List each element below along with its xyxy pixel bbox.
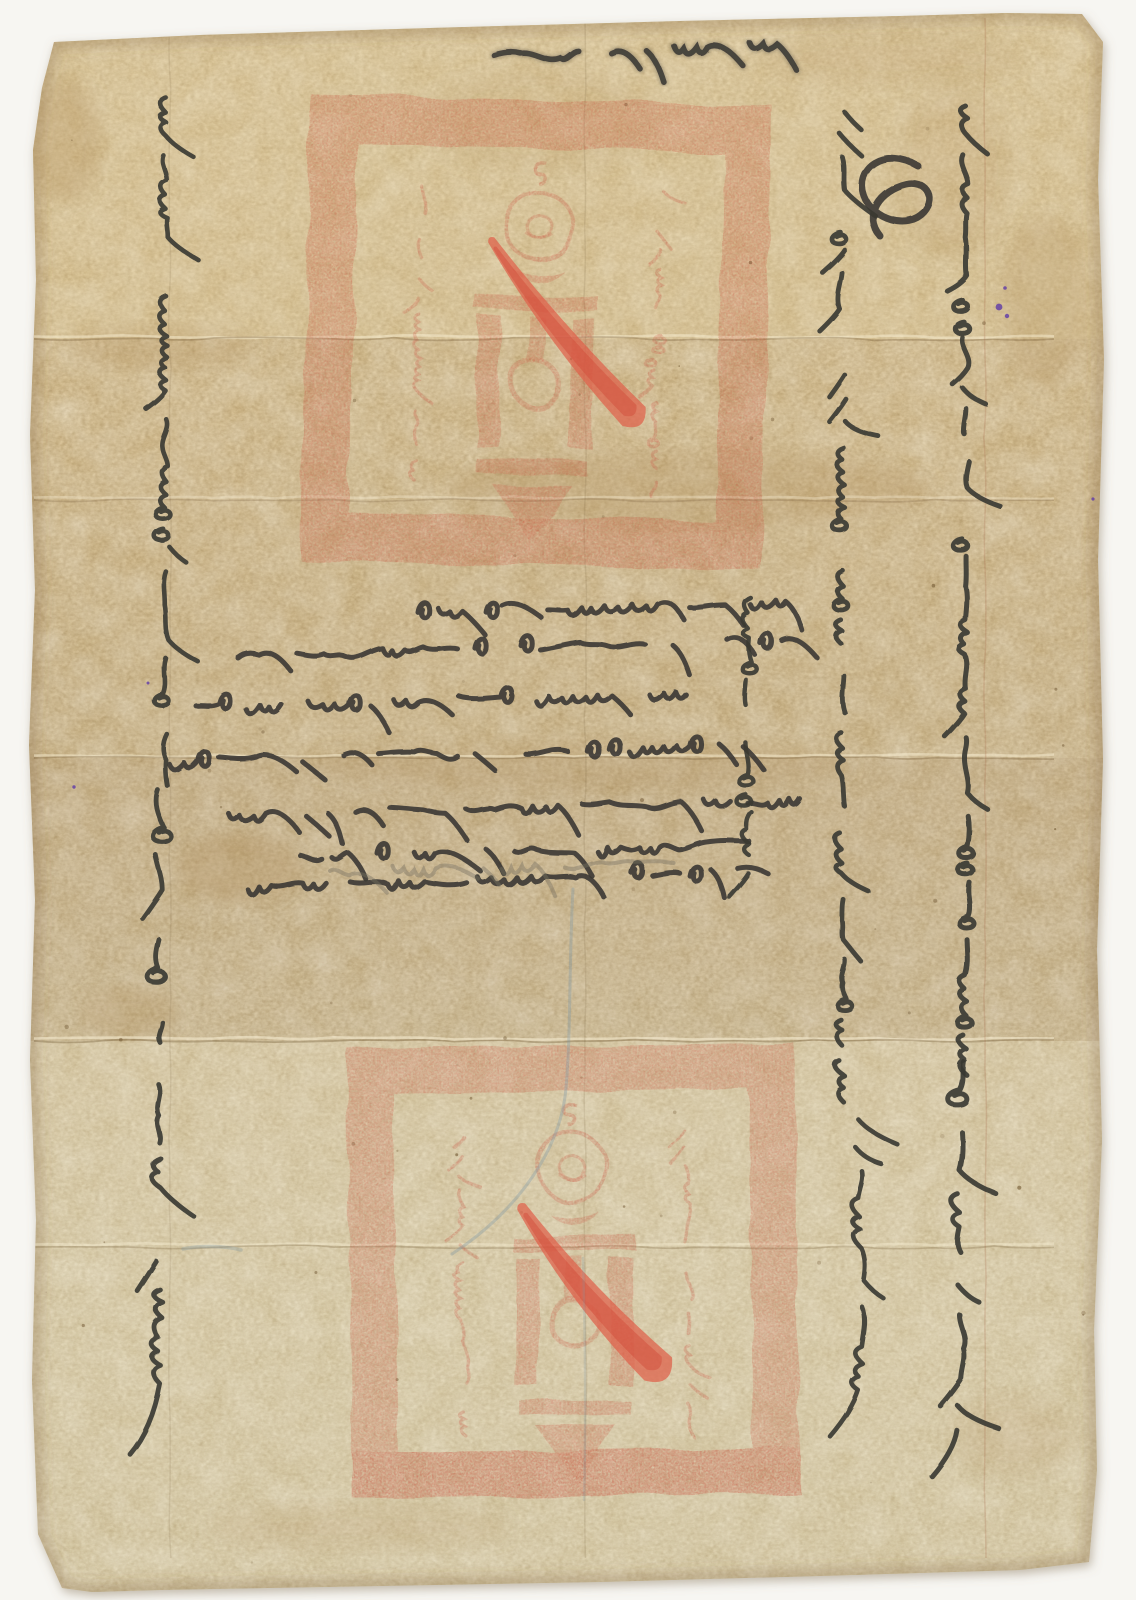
speck: [673, 1111, 677, 1115]
speck: [456, 712, 458, 714]
purple-ink-spot-0: [996, 304, 1003, 311]
stain-11: [893, 80, 1013, 260]
emblem-left-pillar: [475, 316, 501, 447]
speck: [462, 680, 465, 683]
stain-0: [178, 834, 302, 902]
speck: [817, 1261, 821, 1265]
speck: [771, 418, 775, 422]
speck: [940, 1134, 944, 1138]
stain-8: [950, 1394, 1078, 1478]
speck: [1081, 1311, 1085, 1315]
speck: [82, 1324, 85, 1327]
speck: [503, 1036, 507, 1040]
stain-6: [760, 30, 1020, 86]
speck: [71, 139, 73, 141]
speck: [602, 515, 605, 518]
speck: [623, 1205, 626, 1208]
stain-4: [30, 78, 102, 202]
speck: [1054, 688, 1057, 691]
purple-ink-spot-2: [1003, 286, 1007, 290]
speck: [1054, 828, 1056, 830]
purple-ink-spot-1: [1005, 314, 1009, 318]
speck: [926, 127, 930, 131]
speck: [870, 1482, 872, 1484]
speck: [932, 584, 936, 588]
stain-5: [310, 738, 850, 790]
stain-3: [1002, 215, 1090, 385]
speck: [261, 730, 264, 733]
speck: [208, 769, 212, 773]
speck: [933, 899, 937, 903]
speck: [330, 1002, 333, 1005]
stain-1: [82, 986, 178, 1038]
scanned-document: [0, 0, 1136, 1600]
speck: [632, 887, 636, 891]
speck: [251, 1561, 253, 1563]
speck: [660, 1215, 663, 1218]
emblem-left-pillar: [515, 1257, 540, 1387]
document-scan-canvas: [0, 0, 1136, 1600]
emblem-bottom-bar: [520, 1400, 630, 1415]
emblem-bottom-bar: [478, 460, 588, 477]
purple-ink-spot-3: [1091, 497, 1094, 500]
speck: [46, 1292, 47, 1293]
speck: [65, 1025, 69, 1029]
speck: [470, 1097, 473, 1100]
speck: [640, 798, 644, 802]
speck: [119, 1038, 123, 1042]
speck: [874, 928, 876, 930]
speck: [220, 806, 222, 808]
speck: [908, 1011, 911, 1014]
purple-ink-spot-4: [147, 682, 150, 685]
speck: [1017, 1186, 1021, 1190]
speck: [982, 321, 986, 325]
purple-ink-spot-5: [72, 785, 75, 788]
speck: [259, 727, 262, 730]
speck: [180, 435, 182, 437]
emblem-top-bar: [511, 1234, 635, 1251]
speck: [314, 1271, 317, 1274]
speck: [396, 1150, 398, 1152]
speck: [1062, 744, 1065, 747]
stain-9: [210, 1503, 510, 1551]
speck: [103, 1241, 105, 1243]
speck: [678, 365, 680, 367]
speck: [353, 399, 356, 402]
